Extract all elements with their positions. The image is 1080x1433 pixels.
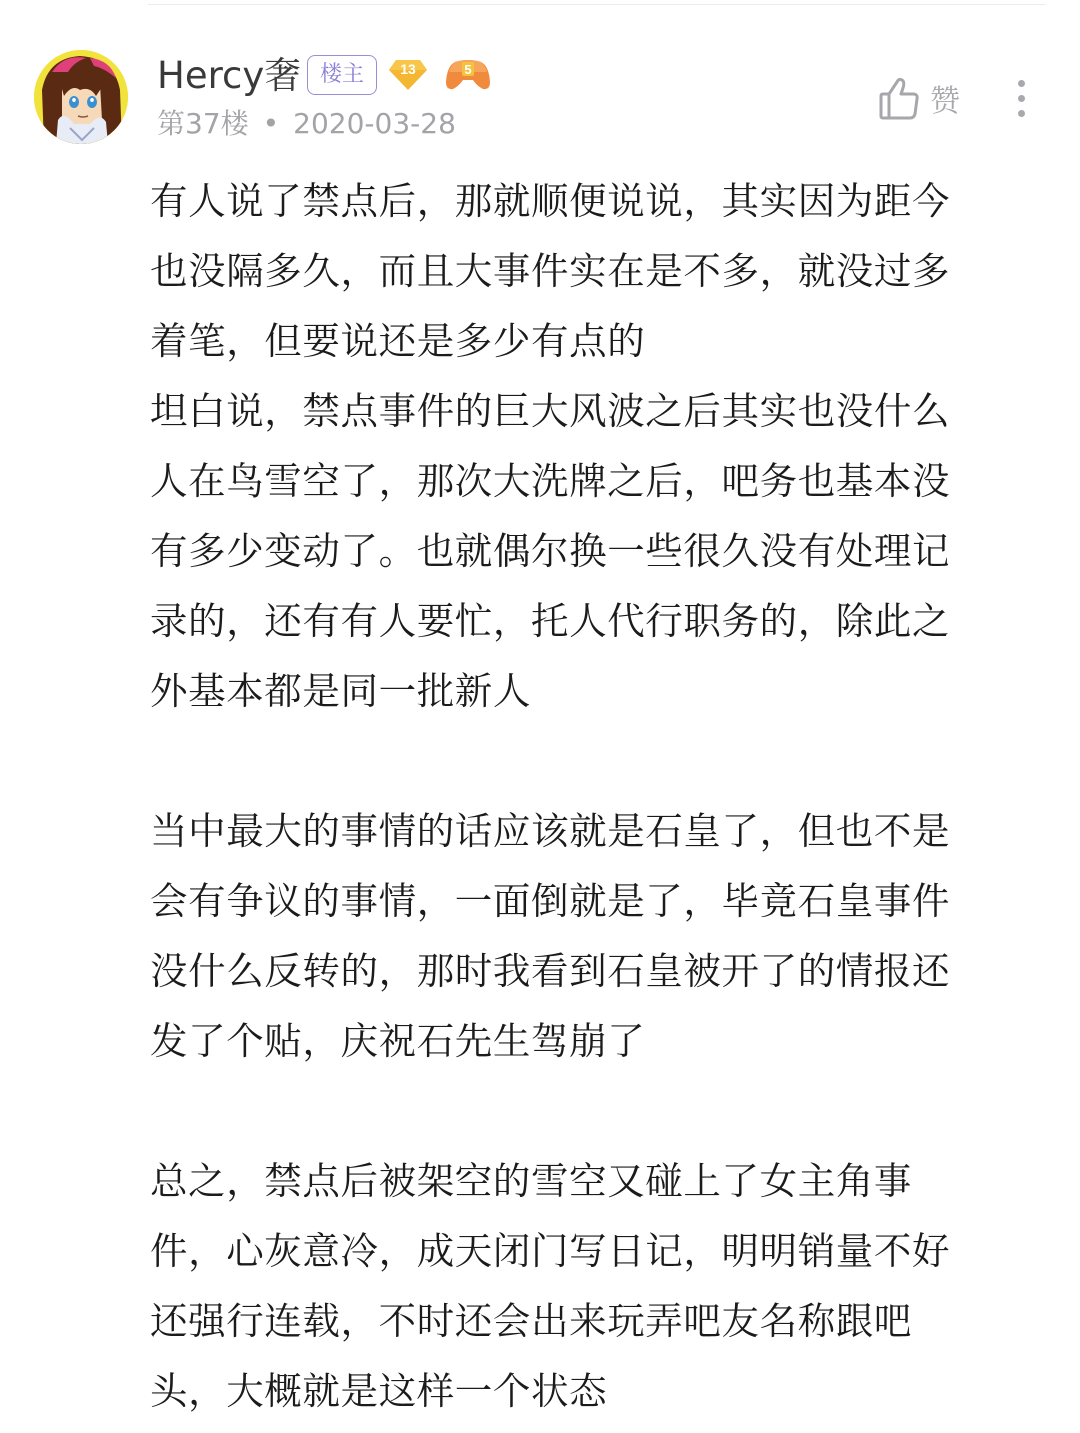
more-dot-icon — [1018, 110, 1025, 117]
post-date: 2020-03-28 — [293, 107, 456, 140]
post-line: 有多少变动了。也就偶尔换一些很久没有处理记 — [150, 516, 1040, 586]
post-line: 件，心灰意冷，成天闭门写日记，明明销量不好 — [150, 1216, 1040, 1286]
post-content: 有人说了禁点后，那就顺便说说，其实因为距今 也没隔多久，而且大事件实在是不多，就… — [150, 166, 1040, 1426]
more-dot-icon — [1018, 80, 1025, 87]
level-number: 13 — [388, 61, 428, 77]
avatar[interactable] — [34, 50, 128, 144]
post-line: 头，大概就是这样一个状态 — [150, 1356, 1040, 1426]
post-line: 有人说了禁点后，那就顺便说说，其实因为距今 — [150, 166, 1040, 236]
more-dot-icon — [1018, 95, 1025, 102]
op-badge: 楼主 — [307, 55, 377, 95]
post-line: 录的，还有有人要忙，托人代行职务的，除此之 — [150, 586, 1040, 656]
game-level-number: 5 — [464, 62, 471, 77]
post-line: 人在鸟雪空了，那次大洗牌之后，吧务也基本没 — [150, 446, 1040, 516]
post-line: 发了个贴，庆祝石先生驾崩了 — [150, 1006, 1040, 1076]
post-line: 坦白说，禁点事件的巨大风波之后其实也没什么 — [150, 376, 1040, 446]
post-line: 没什么反转的，那时我看到石皇被开了的情报还 — [150, 936, 1040, 1006]
floor-number: 第37楼 — [157, 107, 249, 140]
avatar-image-icon — [34, 50, 128, 144]
post-line: 当中最大的事情的话应该就是石皇了，但也不是 — [150, 796, 1040, 866]
post-line: 外基本都是同一批新人 — [150, 656, 1040, 726]
author-name[interactable]: Hercy奢 — [157, 52, 301, 100]
post-line: 会有争议的事情，一面倒就是了，毕竟石皇事件 — [150, 866, 1040, 936]
more-options-button[interactable] — [1008, 76, 1036, 120]
game-level-badge: 5 — [445, 58, 491, 92]
like-button[interactable]: 赞 — [878, 74, 960, 122]
post-line: 也没隔多久，而且大事件实在是不多，就没过多 — [150, 236, 1040, 306]
thumbs-up-icon — [878, 76, 920, 120]
gamepad-icon: 5 — [445, 58, 491, 92]
like-label: 赞 — [930, 76, 960, 120]
level-badge: 13 — [388, 58, 428, 92]
meta-separator: • — [263, 102, 280, 146]
post-line: 还强行连载，不时还会出来玩弄吧友名称跟吧 — [150, 1286, 1040, 1356]
post-meta: 第37楼•2020-03-28 — [157, 102, 456, 146]
post-line: 总之，禁点后被架空的雪空又碰上了女主角事 — [150, 1146, 1040, 1216]
top-divider — [148, 4, 1046, 5]
paragraph-gap — [150, 1076, 1040, 1146]
post-line: 着笔，但要说还是多少有点的 — [150, 306, 1040, 376]
paragraph-gap — [150, 726, 1040, 796]
